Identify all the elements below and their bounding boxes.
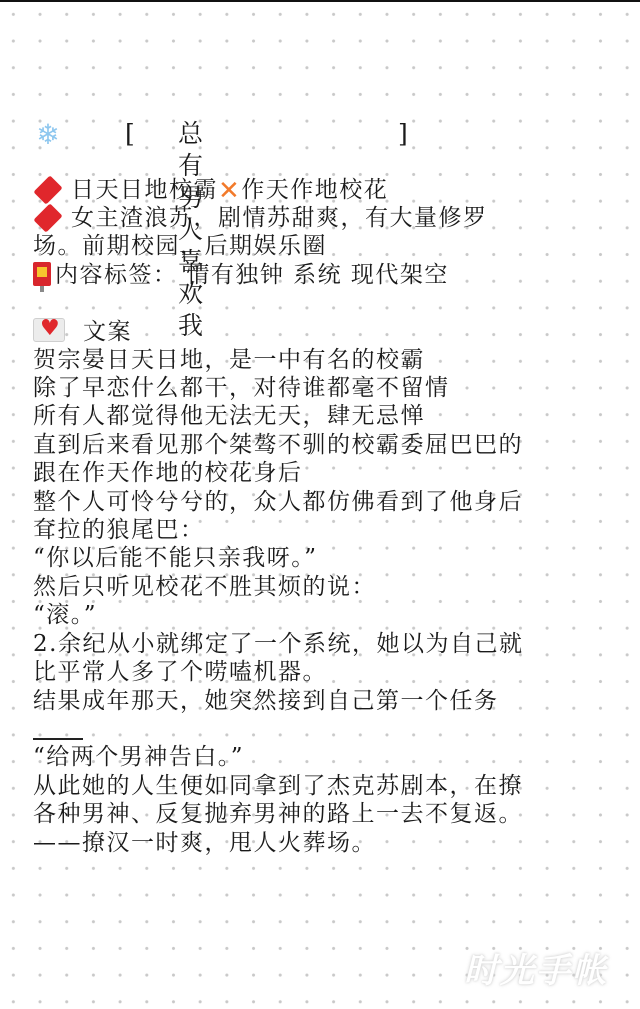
synopsis-line: 直到后来看见那个桀骜不驯的校霸委屈巴巴的 (33, 431, 523, 459)
tags-line: 内容标签： 情有独钟 系统 现代架空 (33, 261, 449, 289)
snowflake-icon: ❄ (33, 120, 63, 150)
tags-label: 内容标签： (55, 262, 178, 288)
watermark-logo: 时光手帐 (464, 943, 608, 992)
synopsis-line: 贺宗晏日天日地，是一中有名的校霸 (33, 346, 425, 374)
synopsis-line: “滚。” (33, 601, 97, 629)
intro-line-3: 场。前期校园，后期娱乐圈 (33, 232, 327, 260)
synopsis-line: 结果成年那天，她突然接到自己第一个任务 (33, 687, 499, 715)
title-bracket-right: ] (398, 118, 408, 150)
cross-mark-icon: ✕ (218, 178, 241, 204)
love-letter-icon (33, 318, 65, 342)
synopsis-heading: 文案 (33, 318, 132, 346)
top-border (0, 0, 640, 2)
synopsis-line: 所有人都觉得他无法无天，肆无忌惮 (33, 402, 425, 430)
red-diamond-icon (33, 175, 62, 204)
lantern-icon (33, 262, 51, 286)
synopsis-line: 耷拉的狼尾巴： (33, 516, 205, 544)
synopsis-line: 比平常人多了个唠嗑机器。 (33, 658, 327, 686)
title-bracket-left: [ (125, 118, 135, 150)
intro-text-b: 作天作地校花 (241, 177, 388, 203)
synopsis-line: 各种男神、反复抛弃男神的路上一去不复返。 (33, 800, 523, 828)
synopsis-line: 然后只听见校花不胜其烦的说： (33, 573, 376, 601)
synopsis-line: 从此她的人生便如同拿到了杰克苏剧本，在撩 (33, 772, 523, 800)
synopsis-line: ——撩汉一时爽，甩人火葬场。 (33, 829, 376, 857)
synopsis-heading-text: 文案 (83, 319, 132, 345)
tags-values: 情有独钟 系统 现代架空 (186, 262, 449, 288)
synopsis-line: 跟在作天作地的校花身后 (33, 459, 303, 487)
synopsis-line: 整个人可怜兮兮的，众人都仿佛看到了他身后 (33, 488, 523, 516)
intro-line-1: 日天日地校霸✕作天作地校花 (33, 176, 388, 204)
intro-text-a: 日天日地校霸 (71, 177, 218, 203)
synopsis-line: 2.余纪从小就绑定了一个系统，她以为自己就 (33, 630, 523, 658)
synopsis-line: “你以后能不能只亲我呀。” (33, 544, 318, 572)
intro-line-2: 女主渣浪苏，剧情苏甜爽，有大量修罗 (33, 204, 488, 232)
synopsis-line: “给两个男神告白。” (33, 743, 244, 771)
synopsis-line: 除了早恋什么都干，对待谁都毫不留情 (33, 374, 450, 402)
intro-text: 女主渣浪苏，剧情苏甜爽，有大量修罗 (71, 205, 488, 231)
em-dash-divider (33, 738, 83, 740)
red-diamond-icon (33, 203, 62, 232)
